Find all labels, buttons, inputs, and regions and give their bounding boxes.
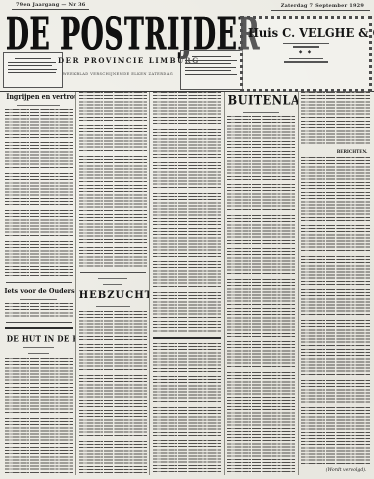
date-line: Zaterdag 7 September 1929: [271, 3, 370, 11]
body-text-block: [153, 376, 221, 404]
advert-detail-line: [284, 61, 328, 62]
body-text-block: [153, 321, 221, 333]
continuation-note: (Wordt vervolgd).: [301, 468, 366, 473]
body-text-block: [79, 311, 147, 341]
sub-heading-line: [17, 105, 59, 106]
headline-buitenland: BUITENLAND: [228, 92, 295, 107]
body-text-block: [153, 343, 221, 373]
section-divider: [6, 322, 72, 323]
headline-iets-voor-de-ouders: Iets voor de Ouders: [5, 287, 73, 295]
advert-title-text: Huis C. VELGHE & C: [248, 25, 374, 40]
body-text-block: [79, 214, 147, 244]
body-text-block: [79, 441, 147, 474]
headline-hebzucht: HEBZUCHT.: [79, 290, 147, 301]
column-4: BUITENLAND: [224, 92, 298, 475]
subscription-rates-box: [3, 52, 63, 88]
section-divider: [5, 327, 73, 329]
column-2: HEBZUCHT.: [75, 92, 149, 475]
body-text-block: [5, 210, 73, 238]
fineprint-line: [185, 70, 231, 71]
body-text-block: [5, 109, 73, 139]
body-text-block: [153, 440, 221, 474]
body-text-block: [227, 308, 295, 338]
article-columns: Ingrijpen en vertrouwenIets voor de Oude…: [2, 92, 372, 475]
velghe-advertisement: Huis C. VELGHE & Co ◆ ◆: [240, 16, 372, 92]
sub-heading-line: [103, 284, 122, 285]
body-text-block: [301, 407, 369, 466]
body-text-block: [79, 185, 147, 211]
body-text-block: [301, 349, 369, 377]
body-text-block: [153, 292, 221, 318]
body-text-block: [227, 184, 295, 212]
fineprint-line: [8, 62, 56, 63]
body-text-block: [301, 380, 369, 404]
body-text-block: [301, 320, 369, 346]
body-text-block: [153, 228, 221, 258]
body-text-block: [5, 358, 73, 384]
fineprint-line: [185, 74, 237, 75]
headline-de-hut-in-de-heide: DE HUT IN DE HEIDE: [6, 334, 71, 344]
column-1: Ingrijpen en vertrouwenIets voor de Oude…: [2, 92, 75, 475]
column-5: BERICHTEN.(Wordt vervolgd).: [298, 92, 372, 475]
body-text-block: [153, 92, 221, 126]
advert-address-line: [293, 46, 319, 47]
headline-ingrijpen-en-vertrouwen: Ingrijpen en vertrouwen: [6, 93, 71, 102]
body-text-block: [227, 279, 295, 305]
sub-heading-line: [96, 306, 130, 307]
fineprint-line: [8, 65, 52, 66]
body-text-block: [79, 375, 147, 407]
body-text-block: [5, 241, 73, 277]
body-text-block: [153, 162, 221, 190]
body-text-block: [5, 418, 73, 444]
body-text-block: [227, 248, 295, 276]
body-text-block: [227, 341, 295, 369]
body-text-block: [79, 156, 147, 182]
sub-heading-line: [20, 299, 58, 300]
body-text-block: [301, 256, 369, 286]
body-text-block: [301, 157, 369, 189]
province-subtitle: DER PROVINCIE LIMBURG: [58, 56, 178, 65]
section-divider: [80, 272, 146, 273]
sub-heading-line: [23, 347, 54, 348]
body-text-block: [5, 142, 73, 170]
body-text-block: [79, 125, 147, 153]
newspaper-page: 79en Jaargang — Nr 36 Zaterdag 7 Septemb…: [0, 0, 374, 479]
body-text-block: [5, 387, 73, 415]
fineprint-line: [192, 56, 231, 57]
body-text-block: [153, 193, 221, 225]
fineprint-line: [8, 72, 56, 73]
body-text-block: [153, 407, 221, 437]
body-text-block: [227, 116, 295, 148]
body-text-block: [79, 92, 147, 122]
body-text-block: [79, 344, 147, 372]
body-text-block: [301, 192, 369, 222]
inline-heading-berichten: BERICHTEN.: [301, 149, 367, 154]
fineprint-line: [185, 67, 236, 68]
fineprint-line: [8, 69, 57, 70]
body-text-block: [227, 215, 295, 245]
subtitle-block: DER PROVINCIE LIMBURG WEEKBLAD VERSCHIJN…: [58, 56, 178, 76]
sub-heading-line: [243, 112, 278, 113]
advert-detail-line: [289, 58, 323, 59]
advert-rates-box: [180, 50, 243, 90]
body-text-block: [227, 151, 295, 181]
advert-title: Huis C. VELGHE & Co: [248, 25, 364, 40]
body-text-block: [79, 410, 147, 438]
sub-heading-line: [28, 353, 48, 354]
body-text-block: [5, 173, 73, 207]
fineprint-line: [185, 60, 237, 61]
body-text-block: [153, 261, 221, 289]
body-text-block: [5, 303, 73, 317]
fineprint-line: [185, 63, 231, 64]
advert-address-line: [283, 43, 329, 44]
body-text-block: [301, 92, 369, 118]
body-text-block: [5, 447, 73, 474]
body-text-block: [301, 121, 369, 145]
section-divider: [6, 282, 72, 283]
body-text-block: [227, 372, 295, 474]
sub-heading-line: [98, 278, 127, 279]
weekly-tagline: WEEKBLAD VERSCHIJNENDE ELKEN ZATERDAG: [58, 72, 178, 76]
body-text-block: [301, 289, 369, 317]
ornament-icon: ◆ ◆: [243, 50, 369, 55]
fineprint-line: [15, 58, 51, 59]
section-divider: [153, 337, 221, 339]
body-text-block: [79, 247, 147, 267]
column-3: [149, 92, 223, 475]
masthead-header: 79en Jaargang — Nr 36 Zaterdag 7 Septemb…: [0, 0, 374, 92]
body-text-block: [301, 225, 369, 253]
body-text-block: [153, 129, 221, 159]
